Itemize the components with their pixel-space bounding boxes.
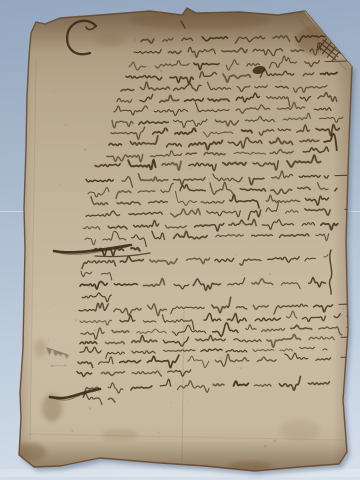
paper-speck (240, 33, 241, 34)
paper-speck (94, 71, 95, 72)
paper-speck (240, 367, 243, 370)
stain-spot (96, 34, 124, 46)
paper-speck (324, 112, 327, 115)
paper-speck (98, 142, 99, 143)
line-filler-dash (325, 61, 347, 62)
paper-speck (160, 69, 163, 72)
paper-speck (180, 27, 181, 28)
paper-speck (102, 422, 103, 423)
paper-speck (170, 402, 172, 404)
paper-speck (230, 185, 232, 187)
paper-speck (94, 329, 97, 332)
paper-speck (276, 213, 279, 216)
paper-speck (313, 197, 315, 199)
paper-speck (264, 445, 267, 448)
paper-speck (48, 339, 50, 341)
paper-speck (189, 168, 191, 170)
stain-spot (280, 420, 320, 440)
paper-speck (208, 178, 209, 179)
paper-speck (333, 305, 334, 306)
paper-speck (279, 80, 282, 83)
paper-speck (134, 39, 137, 42)
paper-speck (187, 401, 188, 402)
paper-speck (84, 148, 87, 151)
paper-speck (324, 56, 326, 58)
paper-speck (64, 123, 66, 125)
stain-spot (130, 11, 270, 29)
paper-speck (59, 184, 60, 185)
paper-speck (176, 199, 177, 200)
paper-speck (274, 57, 276, 59)
paper-speck (55, 91, 56, 92)
paper-speck (269, 273, 271, 275)
paper-speck (235, 254, 237, 256)
paper-speck (174, 153, 175, 154)
paper-speck (219, 357, 221, 359)
paper-speck (158, 432, 160, 434)
paper-speck (235, 219, 236, 220)
paper-speck (102, 163, 104, 165)
paper-speck (290, 157, 291, 158)
paper-speck (71, 430, 73, 432)
scanned-document-photo: A single aged, stained sheet of laid pap… (0, 0, 360, 480)
paper-speck (191, 54, 194, 57)
paper-speck (89, 407, 92, 410)
paper-speck (75, 319, 77, 321)
paper-speck (41, 257, 42, 258)
stain-spot (34, 339, 46, 357)
paper-speck (302, 38, 304, 40)
paper-speck (48, 307, 49, 308)
manuscript-scan (0, 0, 360, 480)
paper-speck (74, 456, 76, 458)
paper-speck (156, 368, 158, 370)
paper-speck (189, 22, 190, 23)
paper-speck (274, 439, 277, 442)
